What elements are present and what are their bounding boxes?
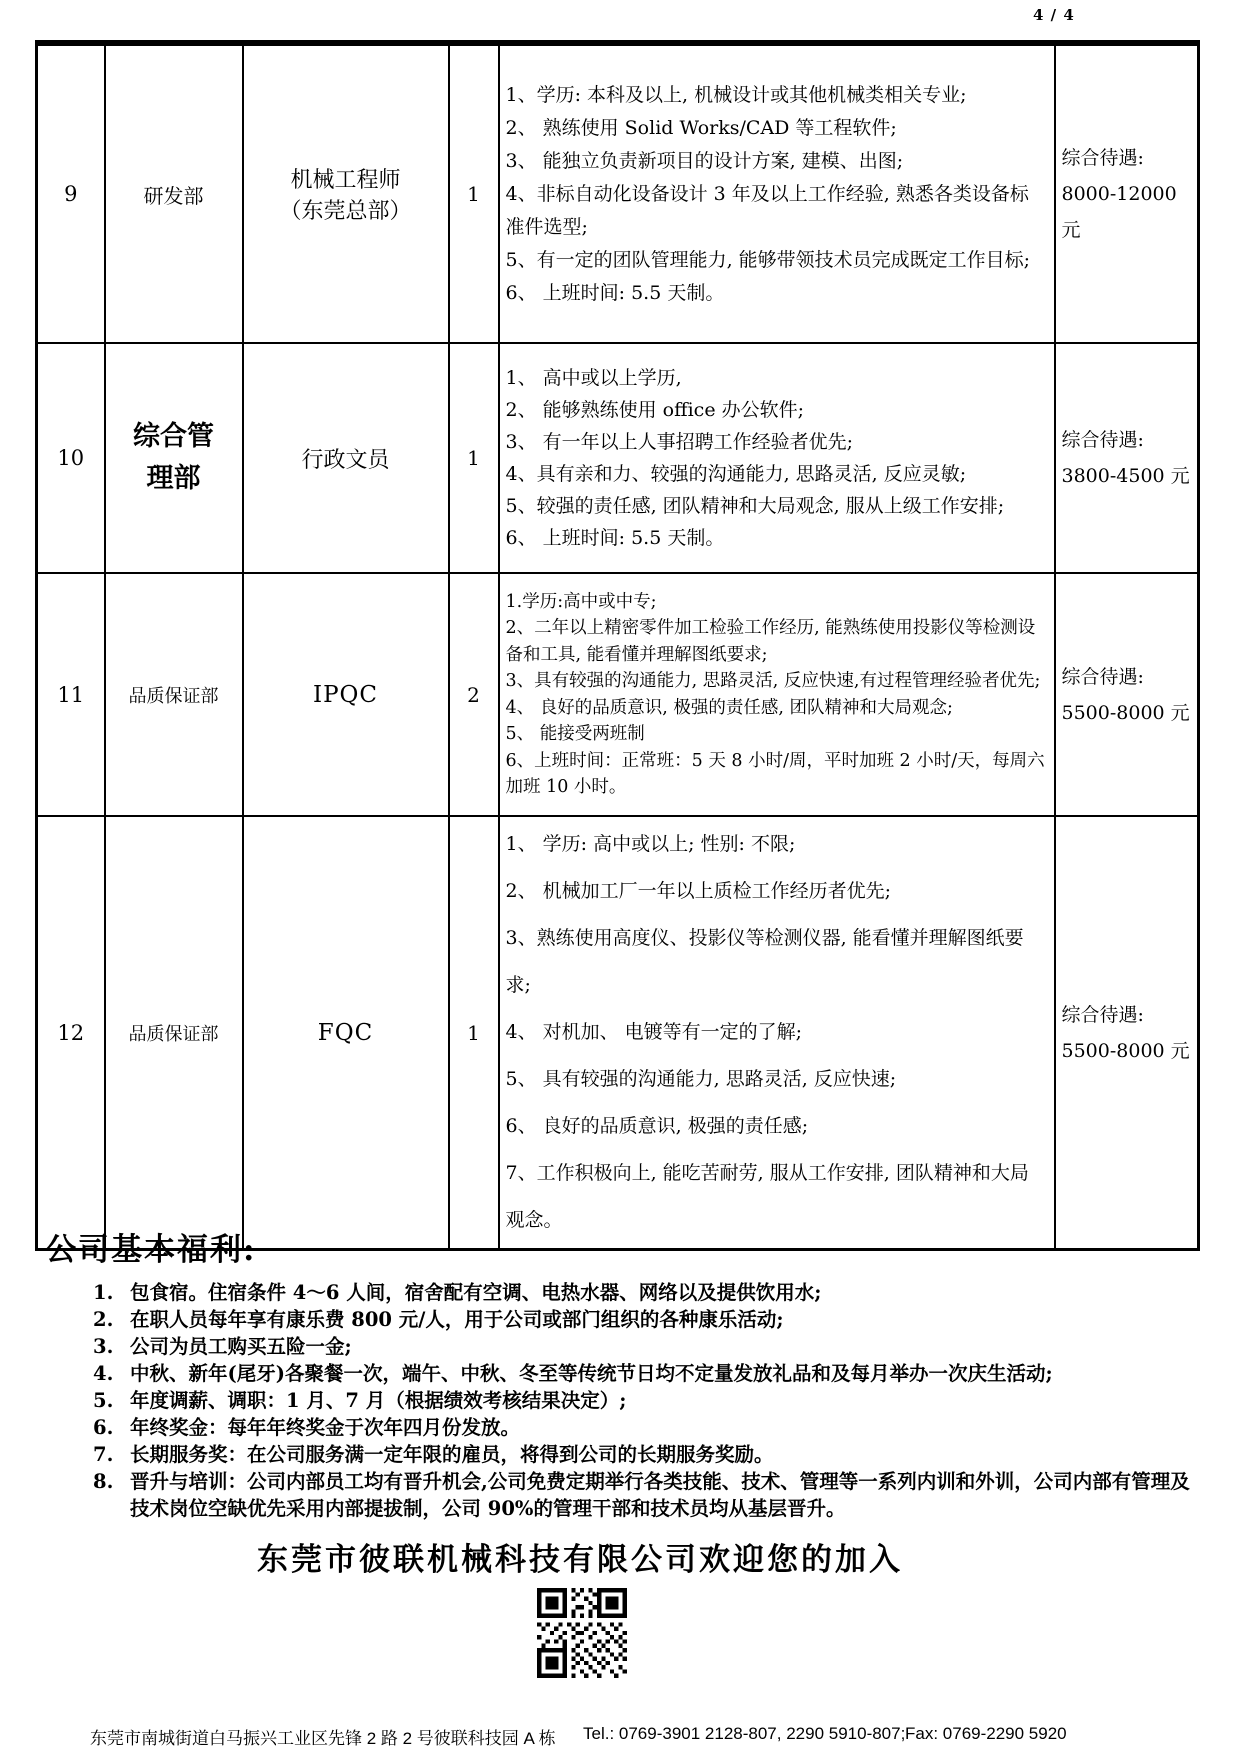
benefit-number: 1.: [93, 1279, 130, 1306]
department-cell: 品质保证部: [105, 573, 243, 816]
department-cell: 研发部: [105, 43, 243, 343]
headcount-cell: 1: [449, 343, 499, 573]
department-cell: 品质保证部: [105, 816, 243, 1250]
requirements-text: 1、 学历: 高中或以上; 性别: 不限; 2、 机械加工厂一年以上质检工作经历…: [506, 821, 1048, 1244]
benefit-number: 7.: [93, 1441, 130, 1468]
benefit-text: 包食宿。住宿条件 4～6 人间，宿舍配有空调、电热水器、网络以及提供饮用水;: [130, 1279, 1203, 1306]
benefit-text: 公司为员工购买五险一金;: [130, 1333, 1203, 1360]
footer-address: 东莞市南城街道白马振兴工业区先锋 2 路 2 号彼联科技园 A 栋: [90, 1724, 556, 1749]
table-row: 12 品质保证部 FQC 1 1、 学历: 高中或以上; 性别: 不限; 2、 …: [37, 816, 1199, 1250]
position-cell: 行政文员: [243, 343, 449, 573]
requirements-cell: 1.学历:高中或中专; 2、二年以上精密零件加工检验工作经历, 能熟练使用投影仪…: [499, 573, 1055, 816]
salary-cell: 综合待遇: 5500-8000 元: [1055, 573, 1199, 816]
benefit-item: 1. 包食宿。住宿条件 4～6 人间，宿舍配有空调、电热水器、网络以及提供饮用水…: [45, 1279, 1203, 1306]
salary-text: 综合待遇: 5500-8000 元: [1062, 659, 1192, 731]
row-no-cell: 10: [37, 343, 105, 573]
requirements-text: 1、学历: 本科及以上, 机械设计或其他机械类相关专业; 2、 熟练使用 Sol…: [506, 79, 1048, 310]
benefit-item: 3. 公司为员工购买五险一金;: [45, 1333, 1203, 1360]
page-number: 4 / 4: [1033, 6, 1075, 24]
headcount-cell: 1: [449, 816, 499, 1250]
table-row: 10 综合管理部 行政文员 1 1、 高中或以上学历, 2、 能够熟练使用 of…: [37, 343, 1199, 573]
salary-cell: 综合待遇: 5500-8000 元: [1055, 816, 1199, 1250]
benefit-text: 在职人员每年享有康乐费 800 元/人，用于公司或部门组织的各种康乐活动;: [130, 1306, 1203, 1333]
benefit-text: 年度调薪、调职：1 月、7 月（根据绩效考核结果决定）;: [130, 1387, 1203, 1414]
department-cell: 综合管理部: [105, 343, 243, 573]
job-table: 9 研发部 机械工程师 （东莞总部） 1 1、学历: 本科及以上, 机械设计或其…: [35, 40, 1200, 1251]
benefit-number: 5.: [93, 1387, 130, 1414]
requirements-text: 1、 高中或以上学历, 2、 能够熟练使用 office 办公软件; 3、 有一…: [506, 362, 1048, 554]
table-row: 9 研发部 机械工程师 （东莞总部） 1 1、学历: 本科及以上, 机械设计或其…: [37, 43, 1199, 343]
salary-text: 综合待遇: 3800-4500 元: [1062, 422, 1192, 494]
benefit-text: 长期服务奖：在公司服务满一定年限的雇员，将得到公司的长期服务奖励。: [130, 1441, 1203, 1468]
position-cell: 机械工程师 （东莞总部）: [243, 43, 449, 343]
headcount-cell: 2: [449, 573, 499, 816]
table-row: 11 品质保证部 IPQC 2 1.学历:高中或中专; 2、二年以上精密零件加工…: [37, 573, 1199, 816]
benefit-number: 4.: [93, 1360, 130, 1387]
benefit-item: 5. 年度调薪、调职：1 月、7 月（根据绩效考核结果决定）;: [45, 1387, 1203, 1414]
benefit-number: 6.: [93, 1414, 130, 1441]
position-cell: IPQC: [243, 573, 449, 816]
requirements-cell: 1、学历: 本科及以上, 机械设计或其他机械类相关专业; 2、 熟练使用 Sol…: [499, 43, 1055, 343]
headcount-cell: 1: [449, 43, 499, 343]
row-no-cell: 9: [37, 43, 105, 343]
requirements-text: 1.学历:高中或中专; 2、二年以上精密零件加工检验工作经历, 能熟练使用投影仪…: [506, 589, 1048, 801]
row-no-cell: 12: [37, 816, 105, 1250]
row-no-cell: 11: [37, 573, 105, 816]
position-cell: FQC: [243, 816, 449, 1250]
salary-cell: 综合待遇: 8000-12000 元: [1055, 43, 1199, 343]
benefit-item: 7. 长期服务奖：在公司服务满一定年限的雇员，将得到公司的长期服务奖励。: [45, 1441, 1203, 1468]
document-page: 4 / 4 9 研发部 机械工程师 （东莞总部） 1 1、学历: 本科及以上, …: [0, 0, 1241, 1754]
footer-fax: Fax: 0769-2290 5920: [905, 1724, 1067, 1744]
salary-text: 综合待遇: 5500-8000 元: [1062, 997, 1192, 1069]
benefits-title: 公司基本福利:: [45, 1224, 1203, 1269]
benefit-item: 8. 晋升与培训：公司内部员工均有晋升机会,公司免费定期举行各类技能、技术、管理…: [45, 1468, 1203, 1522]
benefit-item: 2. 在职人员每年享有康乐费 800 元/人，用于公司或部门组织的各种康乐活动;: [45, 1306, 1203, 1333]
footer-tel: Tel.: 0769-3901 2128-807, 2290 5910-807;: [583, 1724, 905, 1744]
benefit-text: 中秋、新年(尾牙)各聚餐一次，端午、中秋、冬至等传统节日均不定量发放礼品和及每月…: [130, 1360, 1203, 1387]
salary-cell: 综合待遇: 3800-4500 元: [1055, 343, 1199, 573]
benefit-number: 8.: [93, 1468, 130, 1522]
welcome-title: 东莞市彼联机械科技有限公司欢迎您的加入: [0, 1534, 1160, 1579]
salary-text: 综合待遇: 8000-12000 元: [1062, 140, 1192, 248]
benefit-number: 2.: [93, 1306, 130, 1333]
qr-code: [537, 1588, 627, 1678]
benefit-text: 年终奖金：每年年终奖金于次年四月份发放。: [130, 1414, 1203, 1441]
benefit-number: 3.: [93, 1333, 130, 1360]
requirements-cell: 1、 学历: 高中或以上; 性别: 不限; 2、 机械加工厂一年以上质检工作经历…: [499, 816, 1055, 1250]
requirements-cell: 1、 高中或以上学历, 2、 能够熟练使用 office 办公软件; 3、 有一…: [499, 343, 1055, 573]
benefits-section: 公司基本福利: 1. 包食宿。住宿条件 4～6 人间，宿舍配有空调、电热水器、网…: [45, 1224, 1203, 1522]
benefit-text: 晋升与培训：公司内部员工均有晋升机会,公司免费定期举行各类技能、技术、管理等一系…: [130, 1468, 1203, 1522]
benefit-item: 4. 中秋、新年(尾牙)各聚餐一次，端午、中秋、冬至等传统节日均不定量发放礼品和…: [45, 1360, 1203, 1387]
benefit-item: 6. 年终奖金：每年年终奖金于次年四月份发放。: [45, 1414, 1203, 1441]
